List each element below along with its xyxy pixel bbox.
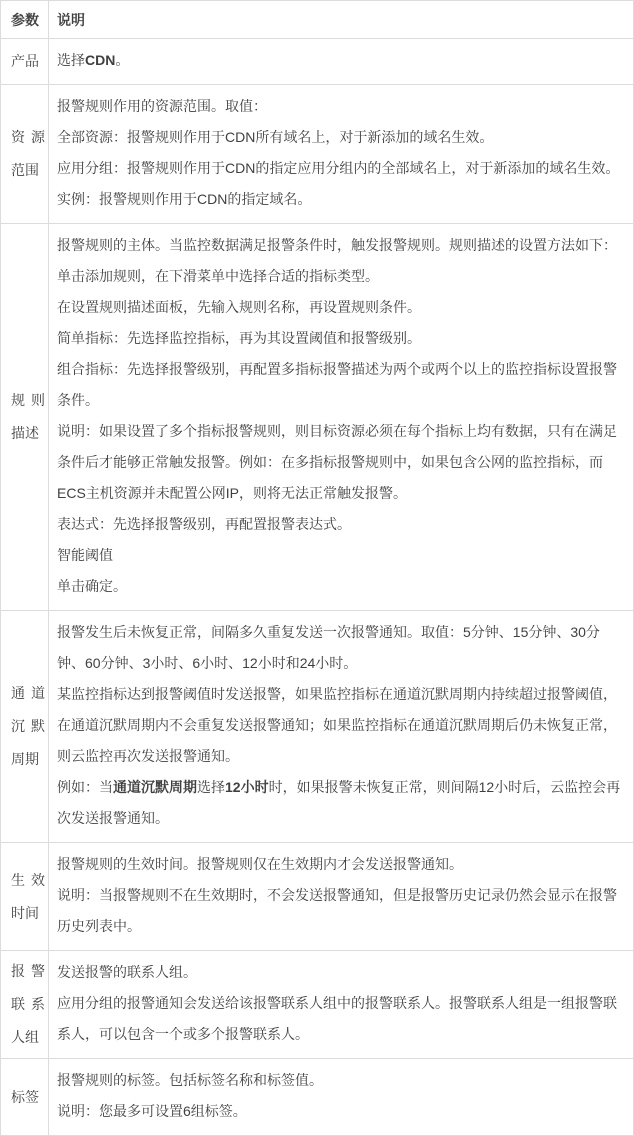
table-row-tag: 标签报警规则的标签。包括标签名称和标签值。说明：您最多可设置6组标签。 — [1, 1059, 634, 1136]
param-label-rule-description: 规则描述 — [1, 224, 49, 611]
param-label-resource-scope: 资源范围 — [1, 85, 49, 224]
param-label-line: 联系 — [11, 988, 45, 1021]
param-label-line: 描述 — [11, 417, 45, 450]
description-paragraph: 选择CDN。 — [57, 45, 623, 76]
param-label-line: 生效 — [11, 864, 45, 897]
header-row: 参数 说明 — [1, 1, 634, 39]
param-description-product: 选择CDN。 — [49, 39, 634, 85]
description-paragraph: 报警规则的标签。包括标签名称和标签值。 — [57, 1065, 623, 1096]
param-label-line: 范围 — [11, 154, 45, 187]
description-paragraph: 报警规则作用的资源范围。取值： — [57, 91, 623, 122]
param-label-product: 产品 — [1, 39, 49, 85]
description-paragraph: 全部资源：报警规则作用于CDN所有域名上，对于新添加的域名生效。 — [57, 122, 623, 153]
description-paragraph: 智能阈值 — [57, 540, 623, 571]
param-label-line: 时间 — [11, 897, 45, 930]
description-paragraph: 应用分组：报警规则作用于CDN的指定应用分组内的全部域名上，对于新添加的域名生效… — [57, 153, 623, 184]
table-row-resource-scope: 资源范围报警规则作用的资源范围。取值：全部资源：报警规则作用于CDN所有域名上，… — [1, 85, 634, 224]
description-paragraph: 单击确定。 — [57, 571, 623, 602]
param-label-line: 报警 — [11, 955, 45, 988]
param-description-tag: 报警规则的标签。包括标签名称和标签值。说明：您最多可设置6组标签。 — [49, 1059, 634, 1136]
param-label-line: 资源 — [11, 121, 45, 154]
description-paragraph: 组合指标：先选择报警级别，再配置多指标报警描述为两个或两个以上的监控指标设置报警… — [57, 354, 623, 416]
description-paragraph: 应用分组的报警通知会发送给该报警联系人组中的报警联系人。报警联系人组是一组报警联… — [57, 988, 623, 1050]
param-label-line: 规则 — [11, 384, 45, 417]
description-paragraph: 实例：报警规则作用于CDN的指定域名。 — [57, 184, 623, 215]
parameter-description-table: 参数 说明 产品选择CDN。资源范围报警规则作用的资源范围。取值：全部资源：报警… — [0, 0, 634, 1136]
param-label-line: 沉默 — [11, 710, 45, 743]
param-label-line: 通道 — [11, 677, 45, 710]
description-paragraph: 发送报警的联系人组。 — [57, 957, 623, 988]
table-header: 参数 说明 — [1, 1, 634, 39]
description-paragraph: 单击添加规则，在下滑菜单中选择合适的指标类型。 — [57, 261, 623, 292]
param-label-line: 人组 — [11, 1021, 45, 1054]
description-paragraph: 在设置规则描述面板，先输入规则名称，再设置规则条件。 — [57, 292, 623, 323]
table-row-alarm-contact-group: 报警联系人组发送报警的联系人组。应用分组的报警通知会发送给该报警联系人组中的报警… — [1, 951, 634, 1059]
param-label-tag: 标签 — [1, 1059, 49, 1136]
description-paragraph: 报警发生后未恢复正常，间隔多久重复发送一次报警通知。取值：5分钟、15分钟、30… — [57, 617, 623, 679]
param-description-rule-description: 报警规则的主体。当监控数据满足报警条件时，触发报警规则。规则描述的设置方法如下：… — [49, 224, 634, 611]
description-paragraph: 例如：当通道沉默周期选择12小时时，如果报警未恢复正常，则间隔12小时后，云监控… — [57, 772, 623, 834]
param-label-channel-silence-period: 通道沉默周期 — [1, 611, 49, 843]
description-paragraph: 简单指标：先选择监控指标，再为其设置阈值和报警级别。 — [57, 323, 623, 354]
description-paragraph: 报警规则的主体。当监控数据满足报警条件时，触发报警规则。规则描述的设置方法如下： — [57, 230, 623, 261]
description-paragraph: 表达式：先选择报警级别，再配置报警表达式。 — [57, 509, 623, 540]
header-cell-description: 说明 — [49, 1, 634, 39]
param-description-resource-scope: 报警规则作用的资源范围。取值：全部资源：报警规则作用于CDN所有域名上，对于新添… — [49, 85, 634, 224]
param-description-alarm-contact-group: 发送报警的联系人组。应用分组的报警通知会发送给该报警联系人组中的报警联系人。报警… — [49, 951, 634, 1059]
description-paragraph: 说明：如果设置了多个指标报警规则，则目标资源必须在每个指标上均有数据，只有在满足… — [57, 416, 623, 509]
table-body: 产品选择CDN。资源范围报警规则作用的资源范围。取值：全部资源：报警规则作用于C… — [1, 39, 634, 1136]
param-label-line: 产品 — [11, 45, 45, 78]
description-paragraph: 报警规则的生效时间。报警规则仅在生效期内才会发送报警通知。 — [57, 849, 623, 880]
description-paragraph: 说明：当报警规则不在生效期时，不会发送报警通知，但是报警历史记录仍然会显示在报警… — [57, 880, 623, 942]
param-label-line: 标签 — [11, 1081, 45, 1114]
description-paragraph: 某监控指标达到报警阈值时发送报警，如果监控指标在通道沉默周期内持续超过报警阈值，… — [57, 679, 623, 772]
param-label-effective-time: 生效时间 — [1, 843, 49, 951]
param-description-channel-silence-period: 报警发生后未恢复正常，间隔多久重复发送一次报警通知。取值：5分钟、15分钟、30… — [49, 611, 634, 843]
param-description-effective-time: 报警规则的生效时间。报警规则仅在生效期内才会发送报警通知。说明：当报警规则不在生… — [49, 843, 634, 951]
table-row-product: 产品选择CDN。 — [1, 39, 634, 85]
header-cell-param: 参数 — [1, 1, 49, 39]
description-paragraph: 说明：您最多可设置6组标签。 — [57, 1096, 623, 1127]
table-row-channel-silence-period: 通道沉默周期报警发生后未恢复正常，间隔多久重复发送一次报警通知。取值：5分钟、1… — [1, 611, 634, 843]
param-label-line: 周期 — [11, 743, 45, 776]
table-row-rule-description: 规则描述报警规则的主体。当监控数据满足报警条件时，触发报警规则。规则描述的设置方… — [1, 224, 634, 611]
table-row-effective-time: 生效时间报警规则的生效时间。报警规则仅在生效期内才会发送报警通知。说明：当报警规… — [1, 843, 634, 951]
param-label-alarm-contact-group: 报警联系人组 — [1, 951, 49, 1059]
